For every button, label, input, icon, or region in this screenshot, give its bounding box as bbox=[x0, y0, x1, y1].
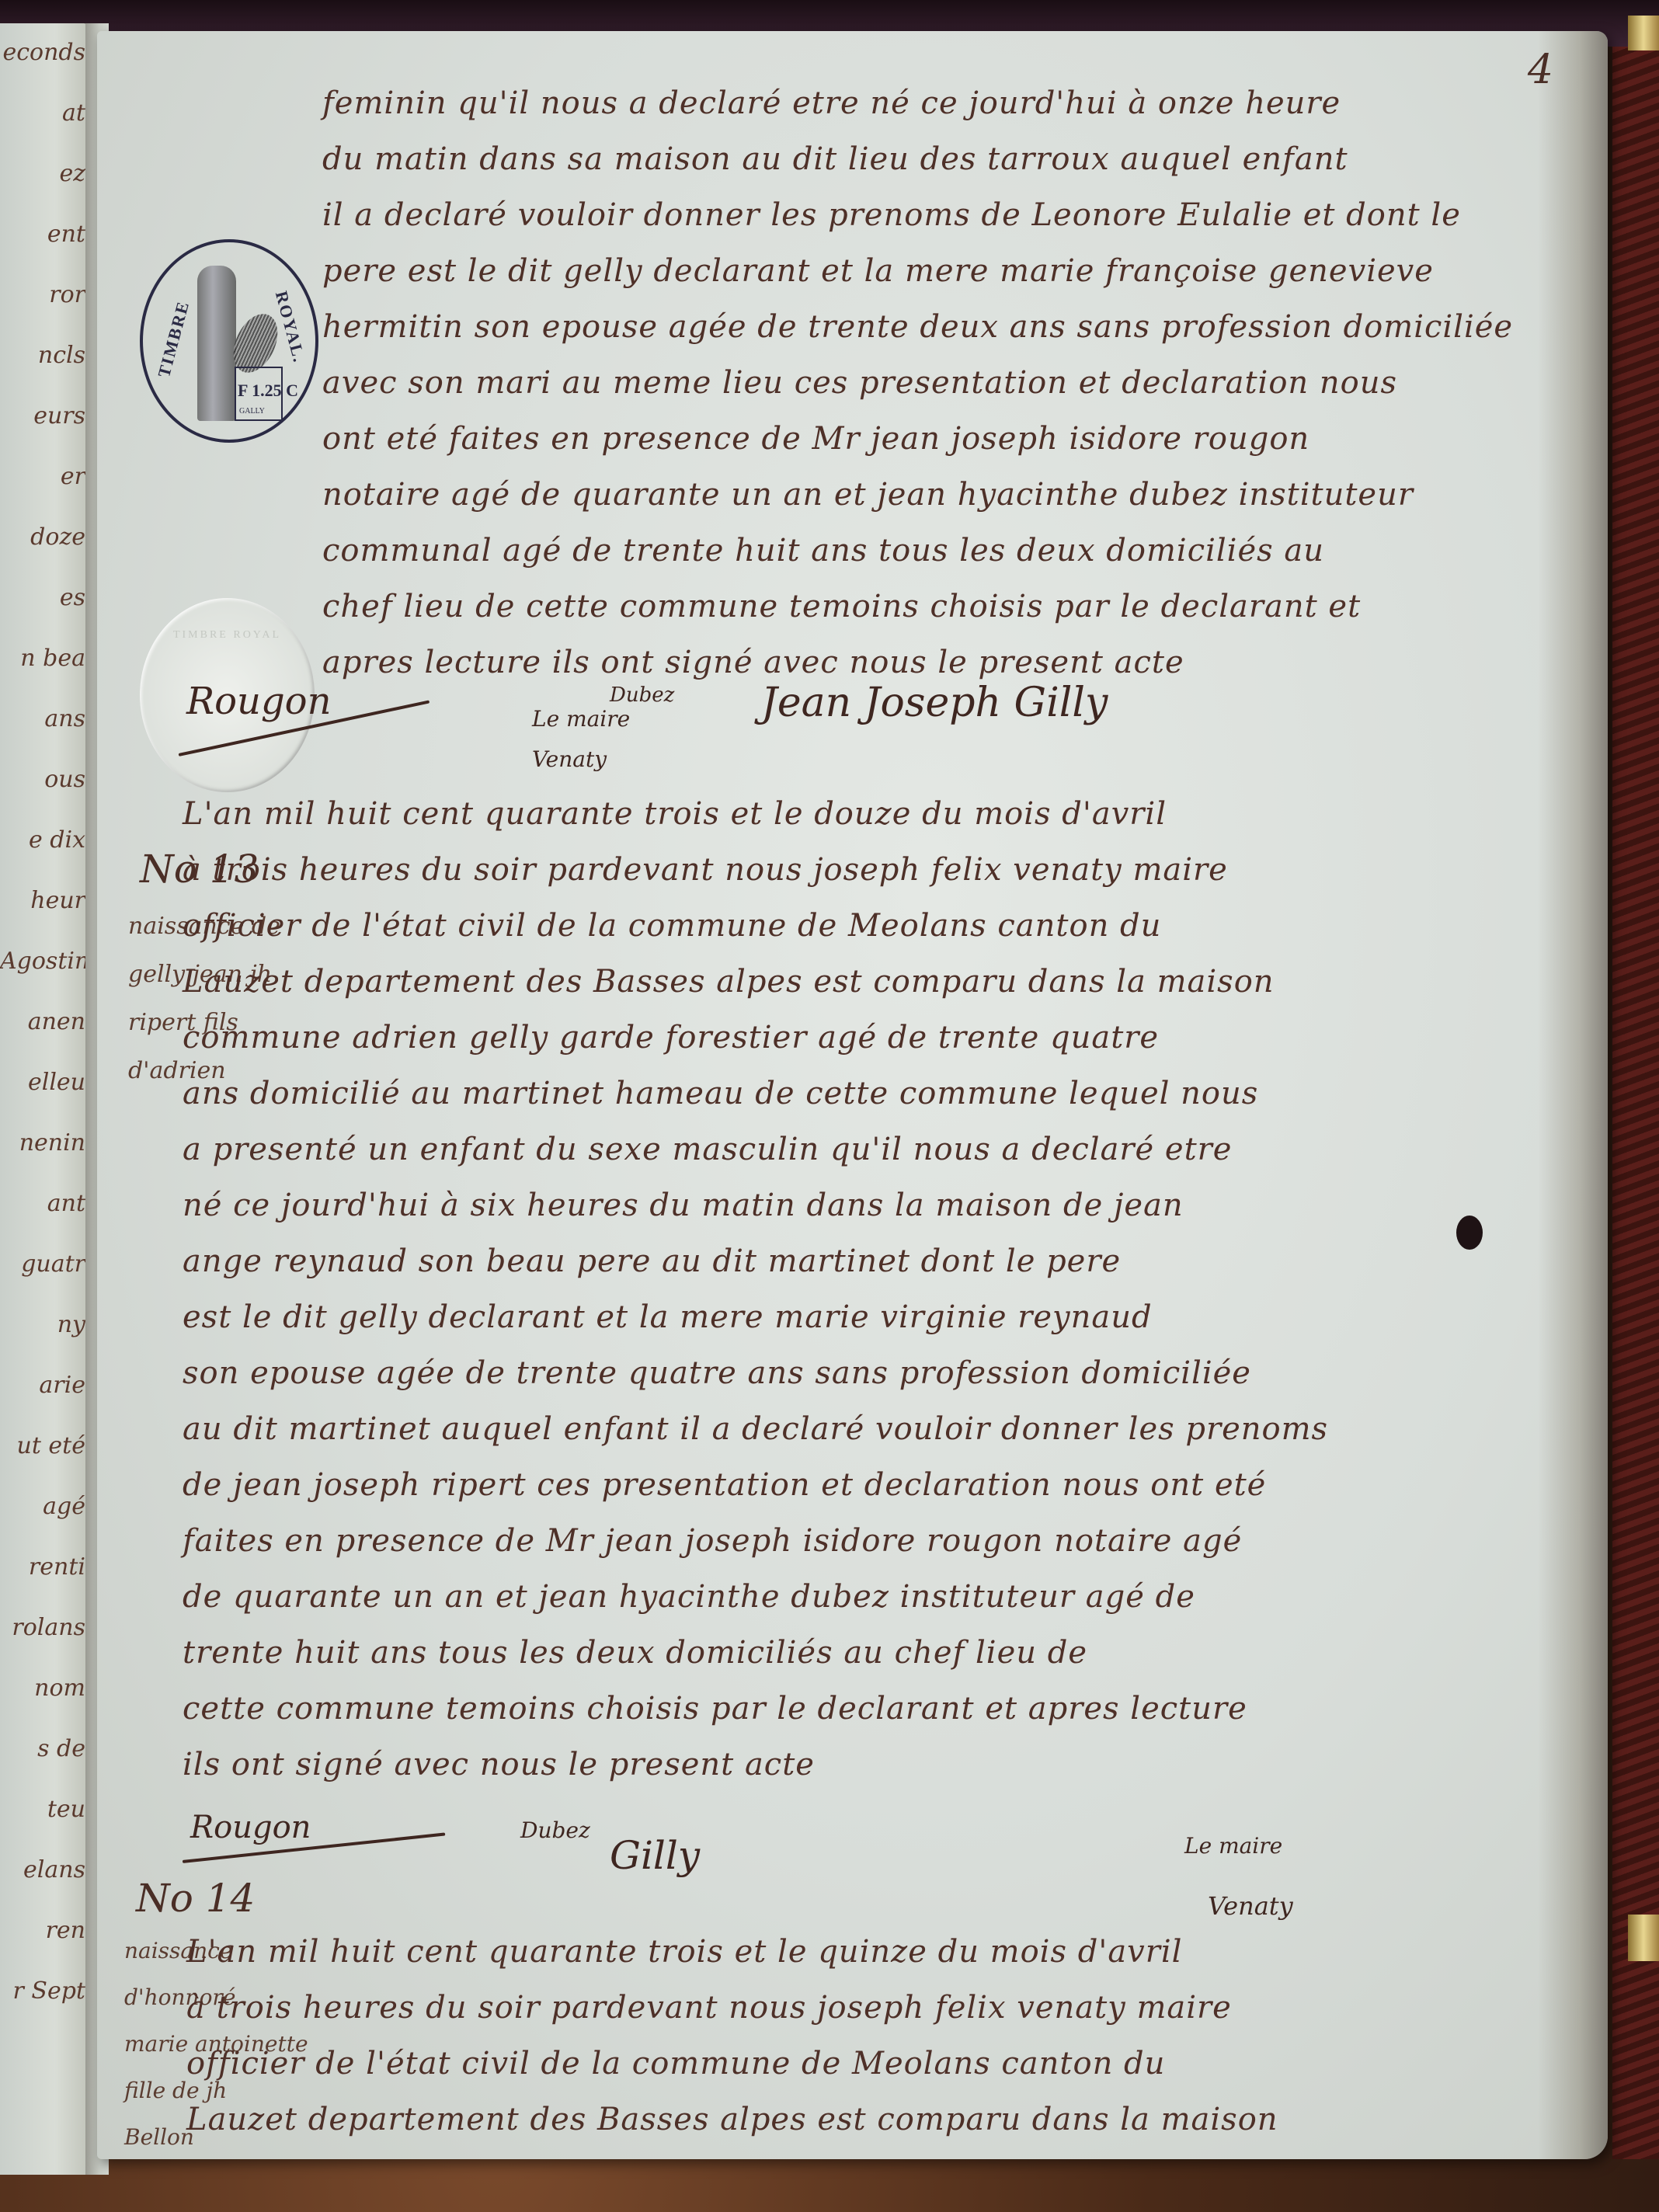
previous-page-text-fragment: elans bbox=[0, 1856, 92, 1883]
previous-page-text-fragment: elleu bbox=[0, 1069, 92, 1096]
handwritten-line: est le dit gelly declarant et la mere ma… bbox=[183, 1299, 1153, 1335]
handwritten-line: pere est le dit gelly declarant et la me… bbox=[322, 253, 1434, 289]
previous-page-text-fragment: rolans bbox=[0, 1614, 92, 1641]
page-edge-shadow bbox=[1538, 31, 1608, 2159]
previous-page-text-fragment: anen bbox=[0, 1008, 92, 1035]
handwritten-line: ans domicilié au martinet hameau de cett… bbox=[183, 1076, 1258, 1111]
previous-page-text-fragment: e dix bbox=[0, 826, 92, 854]
handwritten-line: ils ont signé avec nous le present acte bbox=[183, 1747, 815, 1782]
previous-page-text-fragment: ous bbox=[0, 766, 92, 793]
gilt-corner-bottom bbox=[1628, 1915, 1659, 1961]
handwritten-line: chef lieu de cette commune temoins chois… bbox=[322, 589, 1361, 624]
signature-rougon: Rougon bbox=[190, 1810, 311, 1845]
stamp-price: F 1.25 C bbox=[238, 381, 298, 401]
previous-page-text-fragment: ror bbox=[0, 281, 92, 308]
seal-text: TIMBRE ROYAL bbox=[140, 629, 315, 642]
handwritten-line: hermitin son epouse agée de trente deux … bbox=[322, 309, 1513, 345]
signature-dubez: Dubez bbox=[520, 1817, 590, 1843]
signature-maire-venaty: Le maire Venaty bbox=[532, 699, 633, 780]
previous-page-text-fragment: guatr bbox=[0, 1250, 92, 1278]
margin-note-line: Bellon bbox=[124, 2124, 194, 2150]
previous-page-text-fragment: eurs bbox=[0, 402, 92, 430]
handwritten-line: feminin qu'il nous a declaré etre né ce … bbox=[322, 85, 1341, 121]
previous-page-text-fragment: ant bbox=[0, 1190, 92, 1217]
previous-page-text-fragment: ny bbox=[0, 1311, 92, 1338]
stamp-text-right: ROYAL. bbox=[271, 289, 299, 325]
previous-page-text-fragment: ren bbox=[0, 1917, 92, 1944]
previous-page-text-fragment: n bea bbox=[0, 645, 92, 672]
previous-page-text-fragment: teu bbox=[0, 1796, 92, 1823]
handwritten-line: trente huit ans tous les deux domiciliés… bbox=[183, 1635, 1087, 1671]
previous-page-text-fragment: Agostim bbox=[0, 948, 92, 975]
handwritten-line: L'an mil huit cent quarante trois et le … bbox=[186, 1934, 1182, 1970]
handwritten-line: de jean joseph ripert ces presentation e… bbox=[183, 1467, 1266, 1503]
stamp-engraver: GALLY bbox=[239, 407, 265, 416]
handwritten-line: Lauzet departement des Basses alpes est … bbox=[183, 964, 1275, 1000]
previous-page-text-fragment: ans bbox=[0, 705, 92, 732]
handwritten-line: ange reynaud son beau pere au dit martin… bbox=[183, 1243, 1121, 1279]
gilt-corner-top bbox=[1628, 16, 1659, 50]
previous-page-text-fragment: econds bbox=[0, 39, 92, 66]
register-page: 4 TIMBRE ROYAL. F 1.25 C GALLY TIMBRE RO… bbox=[97, 31, 1608, 2159]
previous-page-text-fragment: doze bbox=[0, 523, 92, 551]
handwritten-line: au dit martinet auquel enfant il a decla… bbox=[183, 1411, 1328, 1447]
handwritten-line: né ce jourd'hui à six heures du matin da… bbox=[183, 1188, 1184, 1223]
handwritten-line: avec son mari au meme lieu ces presentat… bbox=[322, 365, 1397, 401]
entry-number: No 14 bbox=[136, 1876, 255, 1921]
signature-jean-joseph-gilly: Jean Joseph Gilly bbox=[761, 680, 1108, 726]
previous-page-text-fragment: arie bbox=[0, 1372, 92, 1399]
timbre-royal-stamp: TIMBRE ROYAL. F 1.25 C GALLY bbox=[140, 239, 318, 443]
signature-venaty: Venaty bbox=[1208, 1891, 1293, 1921]
handwritten-line: Lauzet departement des Basses alpes est … bbox=[186, 2102, 1278, 2137]
signature-rougon: Rougon bbox=[186, 680, 332, 723]
previous-page-text-fragment: s de bbox=[0, 1735, 92, 1762]
handwritten-line: du matin dans sa maison au dit lieu des … bbox=[322, 141, 1348, 177]
handwritten-line: de quarante un an et jean hyacinthe dube… bbox=[183, 1579, 1195, 1615]
previous-page-text-fragment: ez bbox=[0, 160, 92, 187]
previous-page-text-fragment: at bbox=[0, 99, 92, 127]
handwritten-line: à trois heures du soir pardevant nous jo… bbox=[183, 852, 1228, 888]
stamp-text-left: TIMBRE bbox=[154, 298, 193, 380]
handwritten-line: à trois heures du soir pardevant nous jo… bbox=[186, 1990, 1232, 2026]
minerva-figure-icon bbox=[197, 266, 236, 421]
previous-page-text-fragment: ncls bbox=[0, 342, 92, 369]
previous-page-text-fragment: er bbox=[0, 463, 92, 490]
handwritten-line: L'an mil huit cent quarante trois et le … bbox=[183, 796, 1167, 832]
previous-page-text-fragment: nom bbox=[0, 1675, 92, 1702]
handwritten-line: commune adrien gelly garde forestier agé… bbox=[183, 1020, 1159, 1056]
previous-page-text-fragment: heur bbox=[0, 887, 92, 914]
previous-page-text-fragment: renti bbox=[0, 1553, 92, 1581]
signature-gilly: Gilly bbox=[610, 1833, 700, 1878]
previous-page-text-fragment: ent bbox=[0, 221, 92, 248]
previous-page-text-fragment: agé bbox=[0, 1493, 92, 1520]
previous-page-text-fragment: nenin bbox=[0, 1129, 92, 1156]
ink-blot bbox=[1456, 1216, 1483, 1250]
handwritten-line: son epouse agée de trente quatre ans san… bbox=[183, 1355, 1251, 1391]
previous-page-text-fragment: r Sept bbox=[0, 1977, 92, 2005]
handwritten-line: faites en presence de Mr jean joseph isi… bbox=[183, 1523, 1242, 1559]
page-number: 4 bbox=[1528, 47, 1553, 93]
handwritten-line: apres lecture ils ont signé avec nous le… bbox=[322, 645, 1184, 680]
book-cover-edge bbox=[1612, 47, 1659, 2159]
previous-page-text-fragment: es bbox=[0, 584, 92, 611]
signature-dubez: Dubez bbox=[610, 683, 674, 707]
handwritten-line: ont eté faites en presence de Mr jean jo… bbox=[322, 421, 1309, 457]
previous-page-text-fragment: ut eté bbox=[0, 1432, 92, 1459]
handwritten-line: il a declaré vouloir donner les prenoms … bbox=[322, 197, 1461, 233]
signature-le-maire: Le maire bbox=[1184, 1833, 1282, 1859]
handwritten-line: a presenté un enfant du sexe masculin qu… bbox=[183, 1132, 1232, 1167]
previous-page: econdsatezentrornclseurserdozeesn beaans… bbox=[0, 23, 92, 2175]
handwritten-line: officier de l'état civil de la commune d… bbox=[183, 908, 1161, 944]
handwritten-line: officier de l'état civil de la commune d… bbox=[186, 2046, 1165, 2082]
handwritten-line: notaire agé de quarante un an et jean hy… bbox=[322, 477, 1414, 513]
handwritten-line: cette commune temoins choisis par le dec… bbox=[183, 1691, 1247, 1727]
handwritten-line: communal agé de trente huit ans tous les… bbox=[322, 533, 1324, 569]
